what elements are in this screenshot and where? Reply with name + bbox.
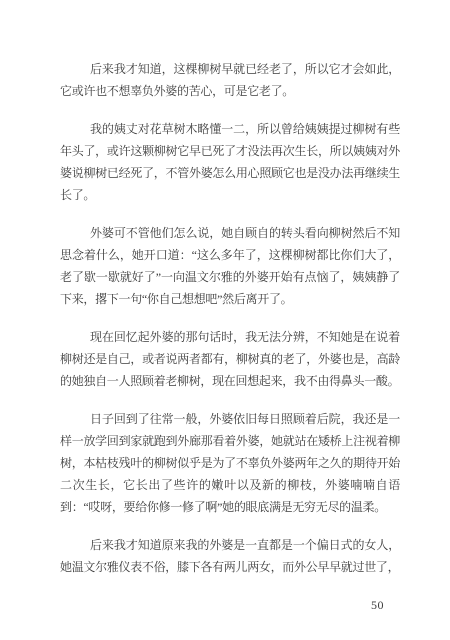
paragraph: 日子回到了往常一般，外婆依旧每日照顾着后院，我还是一样一放学回到家就跑到外廊那看…	[60, 408, 400, 518]
paragraph: 外婆可不管他们怎么说，她自顾自的转头看向柳树然后不知思念着什么，她开口道：“这么…	[60, 222, 400, 310]
paragraph: 现在回忆起外婆的那句话时，我无法分辨，不知她是在说着柳树还是自己，或者说两者都有…	[60, 326, 400, 392]
paragraph: 我的姨丈对花草树木略懂一二，所以曾给姨姨提过柳树有些年头了，或许这颗柳树它早已死…	[60, 118, 400, 206]
paragraph: 后来我才知道原来我的外婆是一直都是一个偏日式的女人，她温文尔雅仪表不俗，膝下各有…	[60, 534, 400, 578]
page-number: 50	[371, 598, 384, 613]
book-page: 后来我才知道，这棵柳树早就已经老了，所以它才会如此，它或许也不想辜负外婆的苦心，…	[0, 0, 450, 640]
page-text-block: 后来我才知道，这棵柳树早就已经老了，所以它才会如此，它或许也不想辜负外婆的苦心，…	[60, 58, 400, 578]
paragraph: 后来我才知道，这棵柳树早就已经老了，所以它才会如此，它或许也不想辜负外婆的苦心，…	[60, 58, 400, 102]
